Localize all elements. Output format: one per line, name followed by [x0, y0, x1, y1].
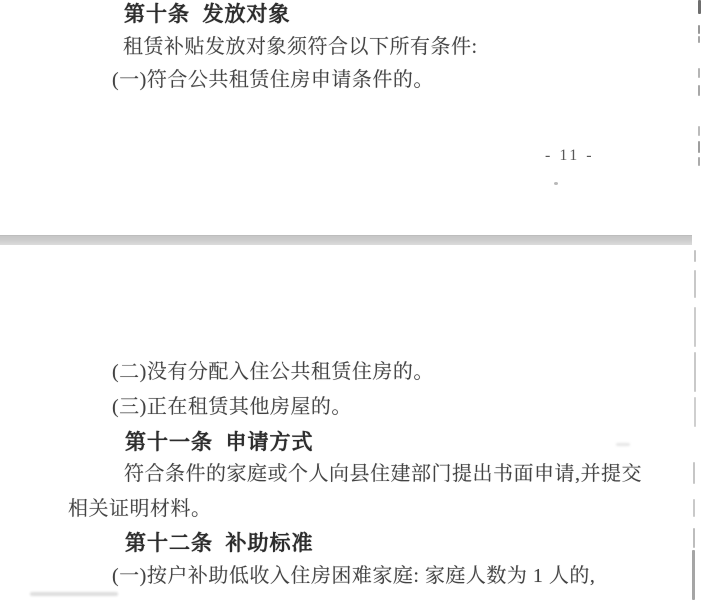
scan-edge-mark: [698, 68, 700, 78]
scan-edge-mark: [693, 462, 695, 484]
scan-edge-mark: [694, 352, 696, 392]
page-11-bottom: 第十条 发放对象 租赁补贴发放对象须符合以下所有条件: (一)符合公共租赁住房申…: [0, 0, 703, 235]
scan-speck: [554, 182, 558, 185]
doc-line: (一)符合公共租赁住房申请条件的。: [112, 68, 434, 92]
scan-edge-mark: [698, 85, 700, 96]
scan-edge-mark: [693, 528, 695, 548]
doc-line: (二)没有分配入住公共租赁住房的。: [112, 360, 434, 384]
article-11-heading: 第十一条 申请方式: [125, 430, 314, 454]
scan-edge-mark: [698, 157, 700, 166]
doc-line: (一)按户补助低收入住房困难家庭: 家庭人数为 1 人的,: [112, 564, 595, 588]
page-number: - 11 -: [545, 147, 594, 165]
scan-smudge: [616, 443, 630, 446]
document-viewer: 第十条 发放对象 租赁补贴发放对象须符合以下所有条件: (一)符合公共租赁住房申…: [0, 0, 703, 600]
scan-edge-mark: [698, 36, 700, 43]
doc-line: 租赁补贴发放对象须符合以下所有条件:: [123, 35, 478, 59]
scan-edge-mark: [694, 307, 696, 347]
scan-smudge: [30, 592, 118, 596]
scan-edge-mark: [694, 250, 696, 262]
doc-line: 符合条件的家庭或个人向县住建部门提出书面申请,并提交: [124, 462, 642, 486]
scan-edge-mark: [698, 0, 701, 14]
scan-edge-mark: [698, 25, 700, 34]
doc-line: 相关证明材料。: [68, 497, 212, 521]
doc-line: (三)正在租赁其他房屋的。: [112, 395, 352, 419]
article-12-heading: 第十二条 补助标准: [125, 531, 314, 555]
page-12-top: (二)没有分配入住公共租赁住房的。 (三)正在租赁其他房屋的。 第十一条 申请方…: [0, 245, 703, 600]
scan-edge-mark: [694, 270, 696, 298]
scan-edge-mark: [693, 499, 695, 517]
scan-edge-mark: [694, 397, 696, 427]
scan-edge-mark: [698, 141, 700, 153]
page-gap-separator: [0, 235, 692, 245]
article-10-heading: 第十条 发放对象: [124, 2, 291, 26]
scan-edge-mark: [698, 126, 700, 136]
scan-edge-line: [692, 550, 695, 600]
